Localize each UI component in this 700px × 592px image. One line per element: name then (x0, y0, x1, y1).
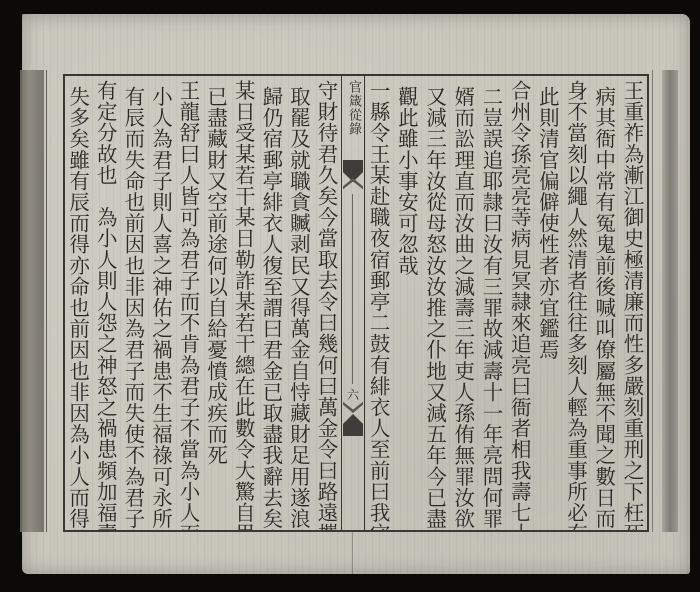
center-fold-crease (352, 532, 353, 577)
text-column: 王重祚為漸江御史極清廉而性多嚴刻重刑之下枉死者衆未幾得 (619, 76, 647, 530)
text-column: 取罷及就職貪贓剥民又得萬金自恃藏財足用遂浪費殆盡秩滿 (286, 76, 314, 530)
text-column: 有定分故也 為小人則人怨之神怒之禍患頻加福壽亦促所 (93, 76, 121, 530)
text-column: 二豈誤追耶隷曰汝有三罪故減壽十一年亮問何罪隷曰邑人馬清為 (478, 76, 506, 530)
adjacent-leaf-edge-left (20, 70, 44, 532)
text-column: 婿而訟理直而汝曲之減壽三年吏人孫侑無罪汝欲取悅大守枉法杖之 (450, 76, 478, 530)
text-column: 失多矣雖有辰而得亦命也前因也非因為小人而得使不為小 (65, 76, 93, 530)
right-margin-rule (652, 70, 653, 532)
text-column: 歸仍宿郵亭緋衣人復至謂曰君金已取盡我辭去矣令曰未也神曰 (258, 76, 286, 530)
text-column: 此則清官偏僻使性者亦宜鑑焉 (534, 76, 562, 530)
text-column: 身不當刻以繩人然清者往往多刻人輕為重事所必有其得報如 (562, 76, 590, 530)
text-column: 已盡藏財又空前途何以自給憂憤成疾而死 (203, 76, 231, 530)
text-column: 有辰而失命也前因也非因為君子而失使不為君子亦失也命 (120, 76, 148, 530)
text-column: 某日受某若干某日勒詐某若干總在此數令大驚自思官貲 (231, 76, 259, 530)
gutter-center-line (352, 194, 353, 384)
adjacent-leaf-edge-right (662, 70, 678, 532)
text-column: 一縣令王某赴職夜宿郵亭二鼓有緋衣人至前曰我守藏神也為君 (365, 76, 393, 530)
text-column: 合州令孫亮亮䓁病見冥隷來追亮曰衙者相我壽七十三今方六十 (506, 76, 534, 530)
text-column: 病其衙中常有冤鬼前後喊叫僚屬無不聞之數日而死夫清以持 (591, 76, 619, 530)
right-half-page: 王重祚為漸江御史極清廉而性多嚴刻重刑之下枉死者衆未幾得 病其衙中常有冤鬼前後喊叫… (365, 76, 647, 530)
text-column: 又減三年汝從母怒汝汝推之仆地又減五年今已盡矣亮無以對遂死 (421, 76, 449, 530)
running-title: 官箴從錄 (342, 80, 364, 136)
text-column: 守財待君久矣今當取去令曰幾何曰萬金令曰路遠攜帶不便回來 (313, 76, 341, 530)
folio-number: 六 (342, 386, 364, 403)
text-column: 小人為君子則人喜之神佑之禍患不生福祿可永所得多矣雖 (148, 76, 176, 530)
upper-fishtail-chevron-icon (343, 178, 363, 192)
left-half-page: 守財待君久矣今當取去令曰幾何曰萬金令曰路遠攜帶不便回來 取罷及就職貪贓剥民又得萬… (65, 76, 341, 530)
text-column: 觀此雖小事安可忽哉 (393, 76, 421, 530)
text-column: 王龍舒曰人皆可為君子而不肯為君子不當為小人而偏要為 (175, 76, 203, 530)
center-gutter-banxin: 官箴從錄 六 (341, 74, 365, 532)
lower-fishtail-mark-icon (343, 414, 363, 436)
left-margin-rule (46, 70, 47, 532)
